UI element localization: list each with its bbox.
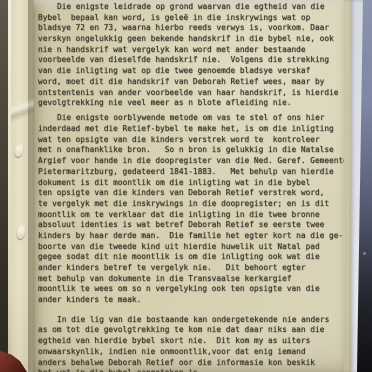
text-line: ander kinders te maak. bbox=[38, 295, 350, 306]
document-photo: Die enigste leidrade op grond waarvan di… bbox=[0, 0, 372, 372]
text-line: moontlik om te verklaar dat die inligtin… bbox=[38, 210, 350, 221]
text-line: Bybel bepaal kan word, is geleë in die i… bbox=[38, 13, 350, 24]
text-line: met behulp van dokumente in die Transvaa… bbox=[38, 274, 350, 285]
text-line: ten opsigte van die kinders van Deborah … bbox=[38, 188, 350, 199]
text-line: te vergelyk met die inskrywings in die d… bbox=[38, 199, 350, 210]
text-line: met n onafhanklike bron. So n bron is ge… bbox=[38, 145, 350, 156]
text-line: dokument is dit moontlik om die inligtin… bbox=[38, 178, 350, 189]
text-line: Die enigste leidrade op grond waarvan di… bbox=[38, 2, 350, 13]
text-line: gevolgtrekking nie veel meer as n blote … bbox=[38, 98, 350, 109]
text-line: gegee sodat dit nie moontlik is om die i… bbox=[38, 252, 350, 263]
text-line: onwaarskynlik, indien nie onmoontlik,voo… bbox=[38, 347, 350, 358]
paragraph: Die enigste oorblywende metode om vas te… bbox=[38, 113, 350, 305]
text-line: nie n handskrif wat vergelyk kan word me… bbox=[38, 45, 350, 56]
text-line: anders behalwe Deborah Retief oor die in… bbox=[38, 358, 350, 369]
text-line: Argief voor hande in die doopregister va… bbox=[38, 156, 350, 167]
book-spine-edge bbox=[0, 0, 8, 372]
text-line: verskyn ongelukkig geen bekende handskri… bbox=[38, 34, 350, 45]
text-line: Pietermaritzburg, gedateerd 1841-1883. M… bbox=[38, 167, 350, 178]
text-line: Die enigste oorblywende metode om vas te… bbox=[38, 113, 350, 124]
text-line: ander kinders betref te vergelyk nie. Di… bbox=[38, 263, 350, 274]
text-line: absoluut identies is wat betref Deborah … bbox=[38, 220, 350, 231]
text-block: Die enigste leidrade op grond waarvan di… bbox=[38, 0, 350, 372]
paragraph: In die lig van die bostaande kan onderge… bbox=[38, 315, 350, 372]
background-speck bbox=[363, 252, 366, 255]
text-line: In die lig van die bostaande kan onderge… bbox=[38, 315, 350, 326]
text-line: het wat in die bybel aangeteken is bbox=[38, 368, 350, 372]
text-line: boorte van die tweede kind uit hierdie h… bbox=[38, 242, 350, 253]
text-line: word, moet dit die handskrif van Deborah… bbox=[38, 77, 350, 88]
text-line: egtheid van hierdie bybel skort nie. Dit… bbox=[38, 336, 350, 347]
fold-crease bbox=[8, 86, 34, 130]
text-line: van die inligting wat op die twee genoem… bbox=[38, 66, 350, 77]
text-line: kinders by haar derde man. Die familie h… bbox=[38, 231, 350, 242]
text-line: wat ten opsigte van die kinders verstrek… bbox=[38, 135, 350, 146]
text-line: inderdaad met die Retief-bybel te make h… bbox=[38, 124, 350, 135]
text-line: moontlik te wees om so n vergelyking ook… bbox=[38, 284, 350, 295]
text-line: as om tot die gevolgtrekking te kom nie … bbox=[38, 325, 350, 336]
background-speck bbox=[366, 30, 369, 33]
text-line: ontstentenis van ander voorbeelde van ha… bbox=[38, 88, 350, 99]
gutter-shadow bbox=[28, 0, 36, 372]
text-line: voorbeelde van dieselfde handskrif nie. … bbox=[38, 55, 350, 66]
text-line: bladsye 72 en 73, waarna hierbo reeds ve… bbox=[38, 23, 350, 34]
paragraph: Die enigste leidrade op grond waarvan di… bbox=[38, 2, 350, 109]
